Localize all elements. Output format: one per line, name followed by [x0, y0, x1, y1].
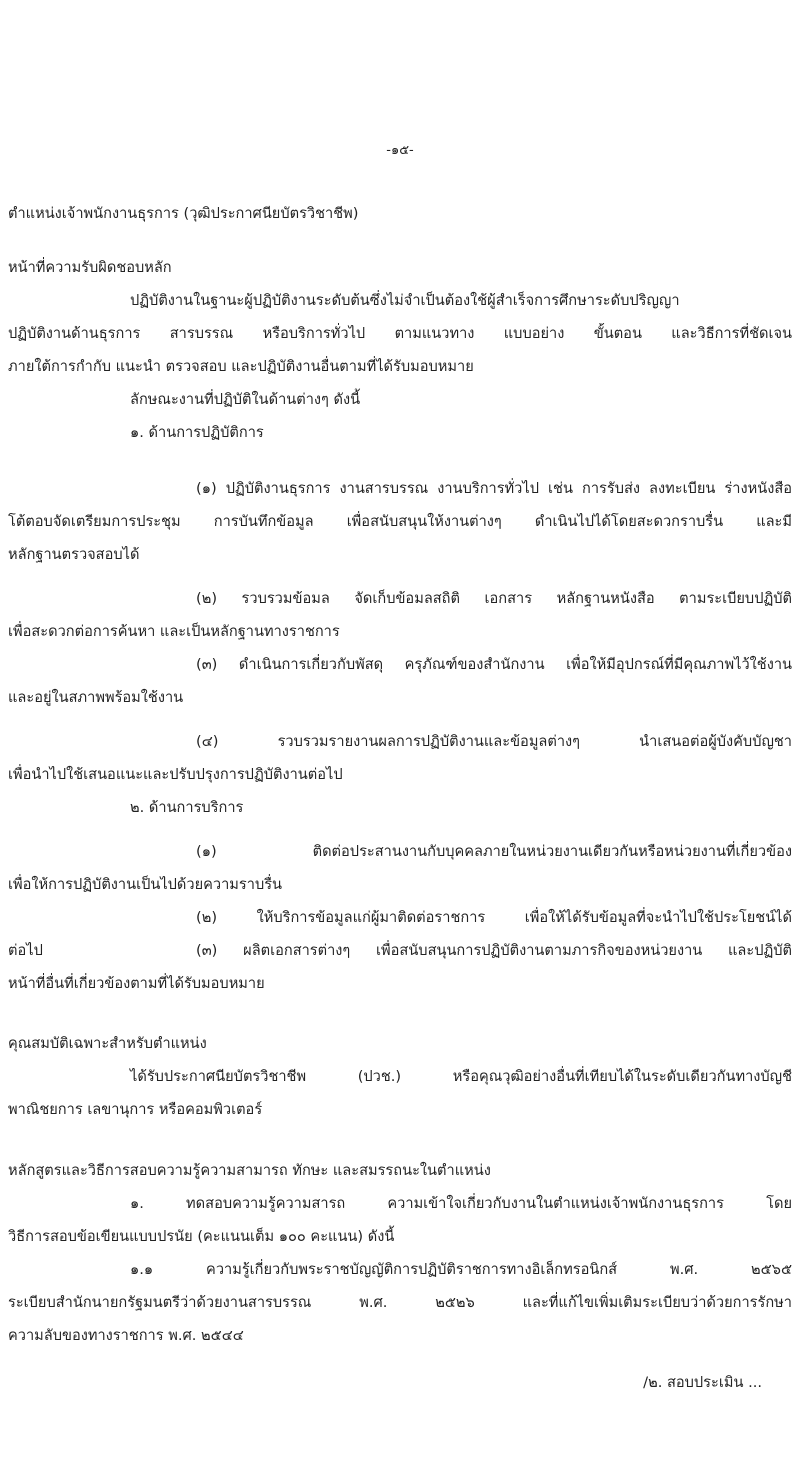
duty-item-line: เพื่อสะดวกต่อการค้นหา และเป็นหลักฐานทางร… — [8, 621, 792, 643]
duties-intro-line: ภายใต้การกำกับ แนะนำ ตรวจสอบ และปฏิบัติง… — [8, 356, 792, 378]
qualifications-heading: คุณสมบัติเฉพาะสำหรับตำแหน่ง — [8, 1033, 792, 1055]
nature-line: ลักษณะงานที่ปฏิบัติในด้านต่างๆ ดังนี้ — [8, 389, 792, 411]
duty-item-line: หน้าที่อื่นที่เกี่ยวข้องตามที่ได้รับมอบห… — [8, 973, 792, 995]
exam-item-line: ๑. ทดสอบความรู้ความสารถ ความเข้าใจเกี่ยว… — [8, 1193, 792, 1215]
duty-item-line: และอยู่ในสภาพพร้อมใช้งาน — [8, 687, 792, 709]
duty-item-line: ต่อไป — [8, 940, 196, 962]
duty-item-line: เพื่อให้การปฏิบัติงานเป็นไปด้วยความราบรื… — [8, 874, 792, 896]
exam-heading: หลักสูตรและวิธีการสอบความรู้ความสามารถ ท… — [8, 1160, 792, 1182]
duty-item-line: (๓) ผลิตเอกสารต่างๆ เพื่อสนับสนุนการปฏิบ… — [196, 940, 792, 962]
duty-item-line: เพื่อนำไปใช้เสนอแนะและปรับปรุงการปฏิบัติ… — [8, 764, 792, 786]
continuation-note: /๒. สอบประเมิน ... — [8, 1372, 792, 1394]
duties-heading: หน้าที่ความรับผิดชอบหลัก — [8, 257, 792, 279]
page-number: -๑๕- — [0, 139, 800, 160]
exam-sub-item-line: ความลับของทางราชการ พ.ศ. ๒๕๔๔ — [8, 1325, 792, 1347]
duty-item-line: (๑) ติดต่อประสานงานกับบุคคลภายในหน่วยงาน… — [8, 841, 792, 863]
qualifications-line: พาณิชยการ เลขานุการ หรือคอมพิวเตอร์ — [8, 1099, 792, 1121]
duty-item-line: (๔) รวบรวมรายงานผลการปฏิบัติงานและข้อมูล… — [8, 731, 792, 753]
duty-item-line: (๑) ปฏิบัติงานธุรการ งานสารบรรณ งานบริกา… — [8, 478, 792, 500]
duty-item-line: (๒) ให้บริการข้อมูลแก่ผู้มาติดต่อราชการ … — [8, 907, 792, 929]
exam-sub-item-line: ระเบียบสำนักนายกรัฐมนตรีว่าด้วยงานสารบรร… — [8, 1292, 792, 1314]
exam-sub-item-line: ๑.๑ ความรู้เกี่ยวกับพระราชบัญญัติการปฏิบ… — [8, 1259, 792, 1281]
duties-intro-line: ปฏิบัติงานด้านธุรการ สารบรรณ หรือบริการท… — [8, 323, 792, 345]
duty-item-line: หลักฐานตรวจสอบได้ — [8, 544, 792, 566]
section-title-operations: ๑. ด้านการปฏิบัติการ — [8, 422, 792, 444]
qualifications-line: ได้รับประกาศนียบัตรวิชาชีพ (ปวช.) หรือคุ… — [8, 1066, 792, 1088]
duty-item-line: โต้ตอบจัดเตรียมการประชุม การบันทึกข้อมูล… — [8, 511, 792, 533]
exam-item-line: วิธีการสอบข้อเขียนแบบปรนัย (คะแนนเต็ม ๑๐… — [8, 1226, 792, 1248]
position-title: ตำแหน่งเจ้าพนักงานธุรการ (วุฒิประกาศนียบ… — [8, 203, 792, 225]
section-title-service: ๒. ด้านการบริการ — [8, 797, 792, 819]
duties-intro-line: ปฏิบัติงานในฐานะผู้ปฏิบัติงานระดับต้นซึ่… — [8, 290, 792, 312]
duty-item-split-line: ต่อไป (๓) ผลิตเอกสารต่างๆ เพื่อสนับสนุนก… — [8, 940, 792, 962]
duty-item-line: (๓) ดำเนินการเกี่ยวกับพัสดุ ครุภัณฑ์ของส… — [8, 654, 792, 676]
duty-item-line: (๒) รวบรวมข้อมล จัดเก็บข้อมลสถิติ เอกสาร… — [8, 588, 792, 610]
